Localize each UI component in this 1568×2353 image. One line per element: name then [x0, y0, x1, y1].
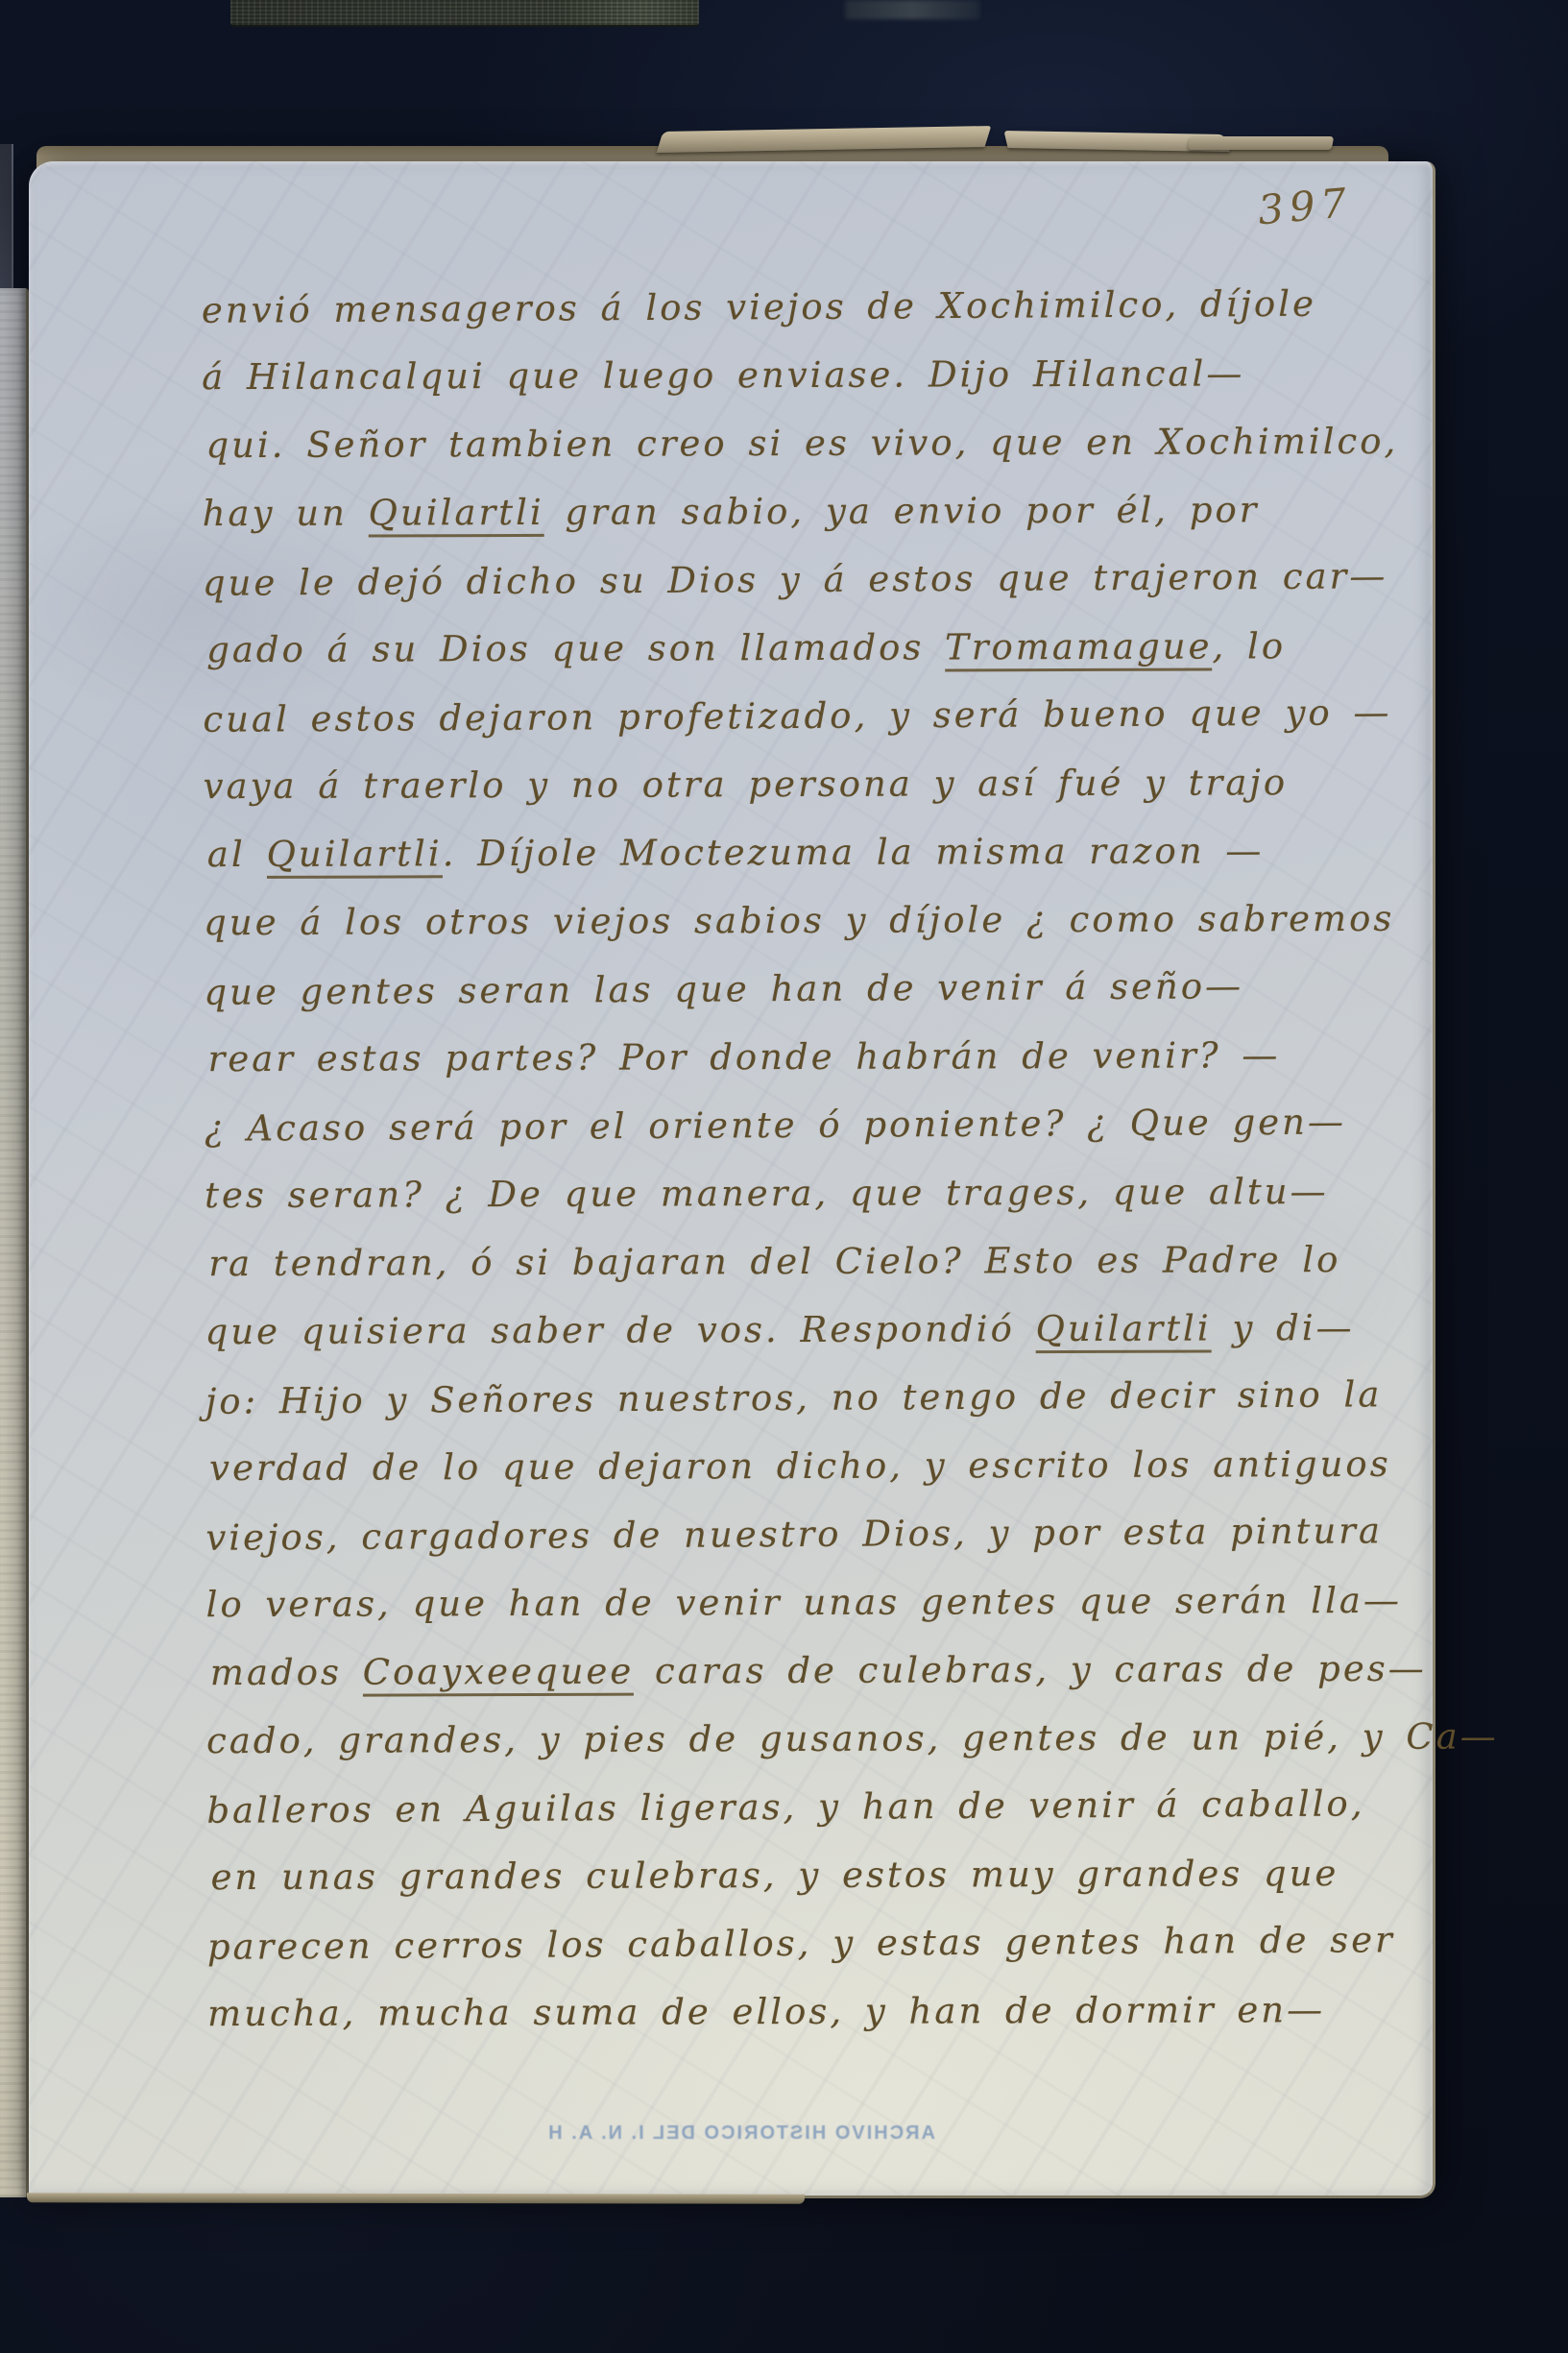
manuscript-line: cual estos dejaron profetizado, y será b… [203, 678, 1391, 754]
page-number: 397 [1256, 175, 1404, 234]
manuscript-line: ¿ Acaso será por el oriente ó poniente? … [205, 1087, 1393, 1163]
manuscript-line: al Quilartli. Díjole Moctezuma la misma … [207, 816, 1396, 888]
book-cover-edge [0, 144, 13, 298]
backdrop-fabric-seam [845, 0, 979, 19]
underlined-proper-name: Tromamague [945, 625, 1213, 671]
binding-fabric-strip [230, 0, 699, 27]
underlined-proper-name: Quilartli [369, 492, 544, 538]
manuscript-line: mucha, mucha suma de ellos, y han de dor… [207, 1976, 1396, 2048]
manuscript-line: viejos, cargadores de nuestro Dios, y po… [205, 1496, 1394, 1572]
manuscript-line: verdad de lo que dejaron dicho, y escrit… [209, 1430, 1398, 1502]
manuscript-page: 397 envió mensageros á los viejos de Xoc… [29, 161, 1435, 2198]
underlined-proper-name: Quilartli [266, 833, 442, 879]
manuscript-line: cado, grandes, y pies de gusanos, gentes… [206, 1703, 1395, 1775]
photo-backdrop: { "document": { "page_number": "397", "s… [0, 0, 1568, 2353]
underlined-proper-name: Coayxeequee [363, 1651, 635, 1697]
manuscript-line: tes seran? ¿ De que manera, que trages, … [205, 1157, 1393, 1229]
manuscript-line: parecen cerros los caballos, y estas gen… [207, 1905, 1396, 1981]
manuscript-line: en unas grandes culebras, y estos muy gr… [210, 1839, 1399, 1911]
manuscript-line: que quisiera saber de vos. Respondió Qui… [205, 1294, 1393, 1366]
manuscript-line: ra tendran, ó si bajaran del Cielo? Esto… [208, 1225, 1397, 1298]
manuscript-line: qui. Señor tambien creo si es vivo, que … [205, 407, 1394, 479]
manuscript-line: vaya á traerlo y no otra persona y así f… [204, 748, 1392, 820]
manuscript-line: á Hilancalqui que luego enviase. Dijo Hi… [202, 339, 1390, 411]
manuscript-line: envió mensageros á los viejos de Xochimi… [202, 269, 1390, 345]
manuscript-line: que le dejó dicho su Dios y á estos que … [203, 542, 1391, 618]
manuscript-line: hay un Quilartli gran sabio, ya envio po… [203, 475, 1391, 547]
manuscript-line: jo: Hijo y Señores nuestros, no tengo de… [205, 1360, 1394, 1436]
manuscript-text-block: envió mensageros á los viejos de Xochimi… [202, 271, 1396, 2048]
manuscript-line: gado á su Dios que son llamados Tromamag… [206, 612, 1395, 684]
manuscript-line: rear estas partes? Por donde habrán de v… [208, 1021, 1397, 1093]
manuscript-line: que á los otros viejos sabios y díjole ¿… [204, 885, 1392, 957]
archive-stamp-mirrored: ARCHIVO HISTORICO DEL I. N. A. H [532, 2123, 935, 2145]
underlined-proper-name: Quilartli [1035, 1308, 1211, 1354]
page-deckle-edge-bottom [27, 2193, 805, 2203]
underlying-page-edges-left [0, 288, 29, 2197]
manuscript-line: balleros en Aguilas ligeras, y han de ve… [206, 1769, 1395, 1845]
page-edge-tab [657, 126, 992, 153]
manuscript-line: lo veras, que han de venir unas gentes q… [205, 1566, 1394, 1638]
manuscript-line: mados Coayxeequee caras de culebras, y c… [210, 1635, 1399, 1707]
manuscript-line: que gentes seran las que han de venir á … [204, 951, 1392, 1027]
page-edge-tab [1188, 136, 1334, 150]
